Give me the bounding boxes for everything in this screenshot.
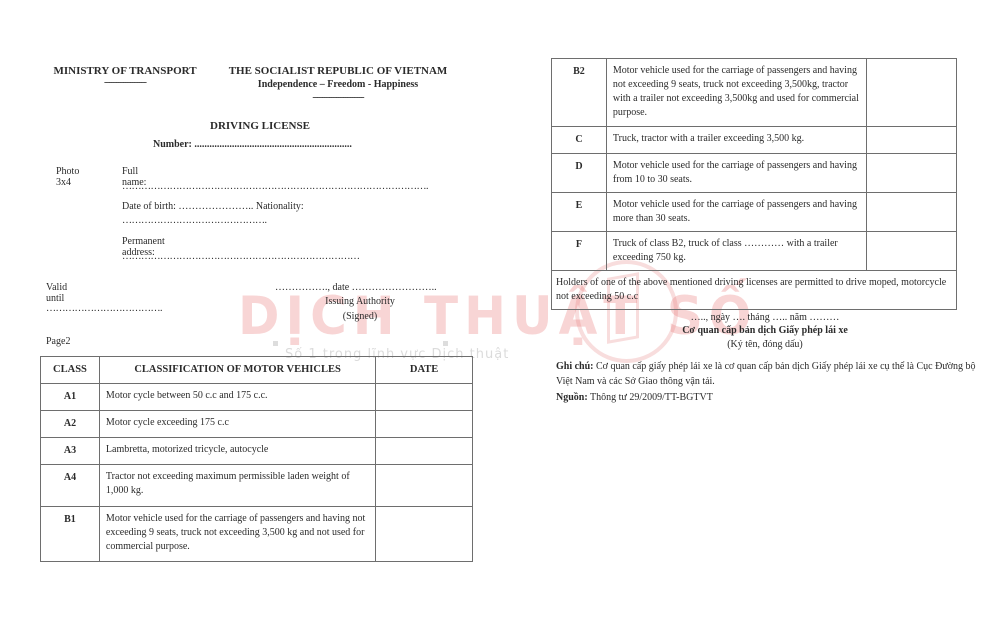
address-field: ………………………………………………………………… [122,251,360,262]
watermark-dot [273,341,278,346]
translation-authority: Cơ quan cấp bản dịch Giấy phép lái xe [640,325,890,336]
issue-date-line: ……………., date …………………….. [275,282,437,293]
issuing-authority: Issuing Authority [300,296,420,307]
class-date [867,232,957,271]
class-description: Motor cycle exceeding 175 c.c [99,411,375,438]
ministry-name: MINISTRY OF TRANSPORT [40,65,210,77]
class-description: Tractor not exceeding maximum permissibl… [99,465,375,507]
document-title: DRIVING LICENSE [160,120,360,132]
source-label: Nguồn: [556,392,588,403]
source-text: Thông tư 29/2009/TT-BGTVT [588,392,713,403]
class-description: Motor vehicle used for the carriage of p… [606,59,866,127]
class-code: A1 [41,384,100,411]
header-class: CLASS [41,357,100,384]
class-code: C [552,127,607,154]
note-text: Cơ quan cấp giấy phép lái xe là cơ quan … [556,361,976,387]
class-code: D [552,154,607,193]
permission-note: Holders of one of the above mentioned dr… [552,271,957,310]
table-row: A3 Lambretta, motorized tricycle, autocy… [41,438,473,465]
class-code: B2 [552,59,607,127]
dob-nationality-line: Date of birth: ………………….. Nationality: [122,201,304,212]
motto-rule: ---------------------- [218,92,458,103]
photo-placeholder: Photo 3x4 [56,166,79,188]
class-description: Motor vehicle used for the carriage of p… [99,507,375,562]
header-classification: CLASSIFICATION OF MOTOR VEHICLES [99,357,375,384]
table-header-row: CLASS CLASSIFICATION OF MOTOR VEHICLES D… [41,357,473,384]
table-row: F Truck of class B2, truck of class …………… [552,232,957,271]
motto: Independence – Freedom - Happiness [218,79,458,90]
table-row: B2 Motor vehicle used for the carriage o… [552,59,957,127]
translation-signature: (Ký tên, đóng dấu) [640,339,890,350]
vehicle-class-table-right: B2 Motor vehicle used for the carriage o… [551,58,957,310]
valid-until-field: ………………………………. [46,303,162,314]
class-code: B1 [41,507,100,562]
ministry-rule: ------------------ [40,77,210,88]
class-description: Motor vehicle used for the carriage of p… [606,193,866,232]
table-row: B1 Motor vehicle used for the carriage o… [41,507,473,562]
page-label: Page2 [46,336,70,347]
class-code: E [552,193,607,232]
source-paragraph: Nguồn: Thông tư 29/2009/TT-BGTVT [556,392,713,403]
class-description: Truck, tractor with a trailer exceeding … [606,127,866,154]
header-date: DATE [376,357,473,384]
class-code: A4 [41,465,100,507]
note-paragraph: Ghi chú: Cơ quan cấp giấy phép lái xe là… [556,359,976,389]
class-date [867,154,957,193]
class-date [376,465,473,507]
table-row: A1 Motor cycle between 50 c.c and 175 c.… [41,384,473,411]
signed-label: (Signed) [300,311,420,322]
watermark-dot [443,341,448,346]
class-date [376,411,473,438]
class-date [867,193,957,232]
vehicle-class-table-left: CLASS CLASSIFICATION OF MOTOR VEHICLES D… [40,356,473,562]
table-footer-row: Holders of one of the above mentioned dr… [552,271,957,310]
class-code: F [552,232,607,271]
table-row: D Motor vehicle used for the carriage of… [552,154,957,193]
class-description: Motor vehicle used for the carriage of p… [606,154,866,193]
class-description: Lambretta, motorized tricycle, autocycle [99,438,375,465]
class-description: Motor cycle between 50 c.c and 175 c.c. [99,384,375,411]
full-name-field: ……………………………………………………………………………………. [122,181,428,192]
class-date [867,59,957,127]
republic-name: THE SOCIALIST REPUBLIC OF VIETNAM [218,65,458,77]
table-row: A4 Tractor not exceeding maximum permiss… [41,465,473,507]
nationality-field: ………………………………………. [122,215,267,226]
valid-until-label: Valid until [46,282,67,304]
class-date [376,384,473,411]
class-code: A3 [41,438,100,465]
table-row: C Truck, tractor with a trailer exceedin… [552,127,957,154]
class-date [376,438,473,465]
class-date [376,507,473,562]
class-description: Truck of class B2, truck of class ………… w… [606,232,866,271]
note-label: Ghi chú: [556,361,594,372]
license-number: Number: ................................… [153,139,352,150]
class-date [867,127,957,154]
table-row: E Motor vehicle used for the carriage of… [552,193,957,232]
translation-date-line: ….., ngày …. tháng ….. năm ……… [640,312,890,323]
table-row: A2 Motor cycle exceeding 175 c.c [41,411,473,438]
class-code: A2 [41,411,100,438]
